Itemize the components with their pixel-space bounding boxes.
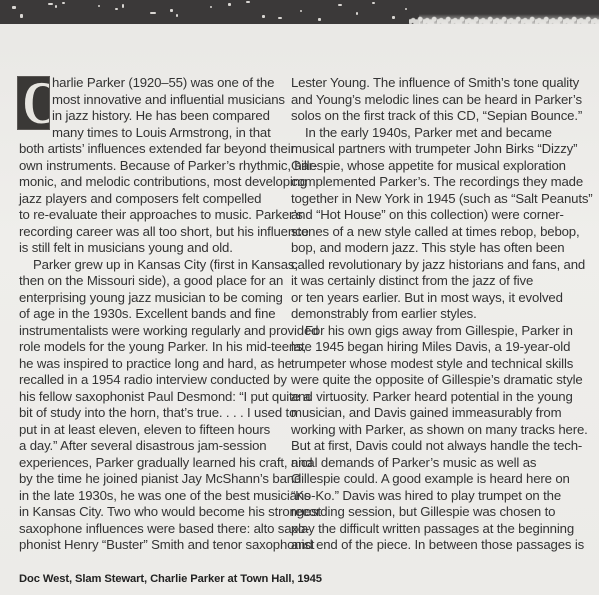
text-line: of age in the 1930s. Excellent bands and…	[19, 306, 281, 323]
text-line: working with Parker, as shown on many tr…	[291, 422, 559, 439]
text-line: and Young’s melodic lines can be heard i…	[291, 92, 559, 109]
text-line: is still felt in musicians young and old…	[19, 240, 281, 257]
text-line: experiences, Parker gradually learned hi…	[19, 455, 281, 472]
text-line: in Kansas City. Two who would become his…	[19, 504, 281, 521]
text-line: jazz players and composers felt compelle…	[19, 191, 281, 208]
text-line: demonstrably from earlier styles.	[291, 306, 559, 323]
text-line: late 1945 began hiring Miles Davis, a 19…	[291, 339, 559, 356]
text-line: to re-evaluate their approaches to music…	[19, 207, 281, 224]
text-line: it was certainly distinct from the jazz …	[291, 273, 559, 290]
text-line: he was inspired to practice long and har…	[19, 356, 281, 373]
text-line: enterprising young jazz musician to be c…	[19, 290, 281, 307]
text-line: nical demands of Parker’s music as well …	[291, 455, 559, 472]
text-line: musical partners with trumpeter John Bir…	[291, 141, 559, 158]
text-line: or ten years earlier. But in most ways, …	[291, 290, 559, 307]
header-ink-band	[0, 0, 599, 24]
text-line: a day.” After several disastrous jam-ses…	[19, 438, 281, 455]
text-line: called revolutionary by jazz historians …	[291, 257, 559, 274]
text-line: Gillespie could. A good example is heard…	[291, 471, 559, 488]
text-line: were quite the opposite of Gillespie’s d…	[291, 372, 559, 389]
paragraph-start-line: For his own gigs away from Gillespie, Pa…	[291, 323, 559, 340]
text-line: recalled in a 1954 radio interview condu…	[19, 372, 281, 389]
text-line: complemented Parker’s. The recordings th…	[291, 174, 559, 191]
text-line: his fellow saxophonist Paul Desmond: “I …	[19, 389, 281, 406]
text-line: own instruments. Because of Parker’s rhy…	[19, 158, 281, 175]
text-line: musician, and Davis gained immeasurably …	[291, 405, 559, 422]
text-line: recording session, but Gillespie was cho…	[291, 504, 559, 521]
text-line: and end of the piece. In between those p…	[291, 537, 559, 554]
paragraph-start-line: In the early 1940s, Parker met and becam…	[291, 125, 559, 142]
text-line: But at first, Davis could not always han…	[291, 438, 559, 455]
text-line: saxophone influences were based there: a…	[19, 521, 281, 538]
text-line: most innovative and influential musician…	[19, 92, 281, 109]
text-line: harlie Parker (1920–55) was one of the	[19, 75, 281, 92]
text-line: play the difficult written passages at t…	[291, 521, 559, 538]
text-line: monic, and melodic contributions, most d…	[19, 174, 281, 191]
text-line: solos on the first track of this CD, “Se…	[291, 108, 559, 125]
text-line: together in New York in 1945 (such as “S…	[291, 191, 559, 208]
paragraph-start-line: Parker grew up in Kansas City (first in …	[19, 257, 281, 274]
text-line: bit of study into the horn, that’s true.…	[19, 405, 281, 422]
text-line: in the late 1930s, he was one of the bes…	[19, 488, 281, 505]
text-line: role models for the young Parker. In his…	[19, 339, 281, 356]
text-line: stones of a new style called at times re…	[291, 224, 559, 241]
text-line: and “Hot House” on this collection) were…	[291, 207, 559, 224]
text-line: both artists’ influences extended far be…	[19, 141, 281, 158]
text-line: and virtuosity. Parker heard potential i…	[291, 389, 559, 406]
text-line: Lester Young. The influence of Smith’s t…	[291, 75, 559, 92]
text-line: trumpeter whose modest style and technic…	[291, 356, 559, 373]
text-line: recording career was all too short, but …	[19, 224, 281, 241]
text-line: bop, and modern jazz. This style has oft…	[291, 240, 559, 257]
left-text-column: harlie Parker (1920–55) was one of the m…	[19, 75, 281, 554]
text-line: many times to Louis Armstrong, in that	[19, 125, 281, 142]
text-line: put in at least eleven, eleven to fiftee…	[19, 422, 281, 439]
text-line: by the time he joined pianist Jay McShan…	[19, 471, 281, 488]
text-line: then on the Missouri side), a good place…	[19, 273, 281, 290]
text-line: phonist Henry “Buster” Smith and tenor s…	[19, 537, 281, 554]
text-line: instrumentalists were working regularly …	[19, 323, 281, 340]
photo-caption: Doc West, Slam Stewart, Charlie Parker a…	[19, 573, 322, 585]
text-line: “Ko-Ko.” Davis was hired to play trumpet…	[291, 488, 559, 505]
text-line: in jazz history. He has been compared	[19, 108, 281, 125]
right-text-column: Lester Young. The influence of Smith’s t…	[291, 75, 559, 554]
text-line: Gillespie, whose appetite for musical ex…	[291, 158, 559, 175]
